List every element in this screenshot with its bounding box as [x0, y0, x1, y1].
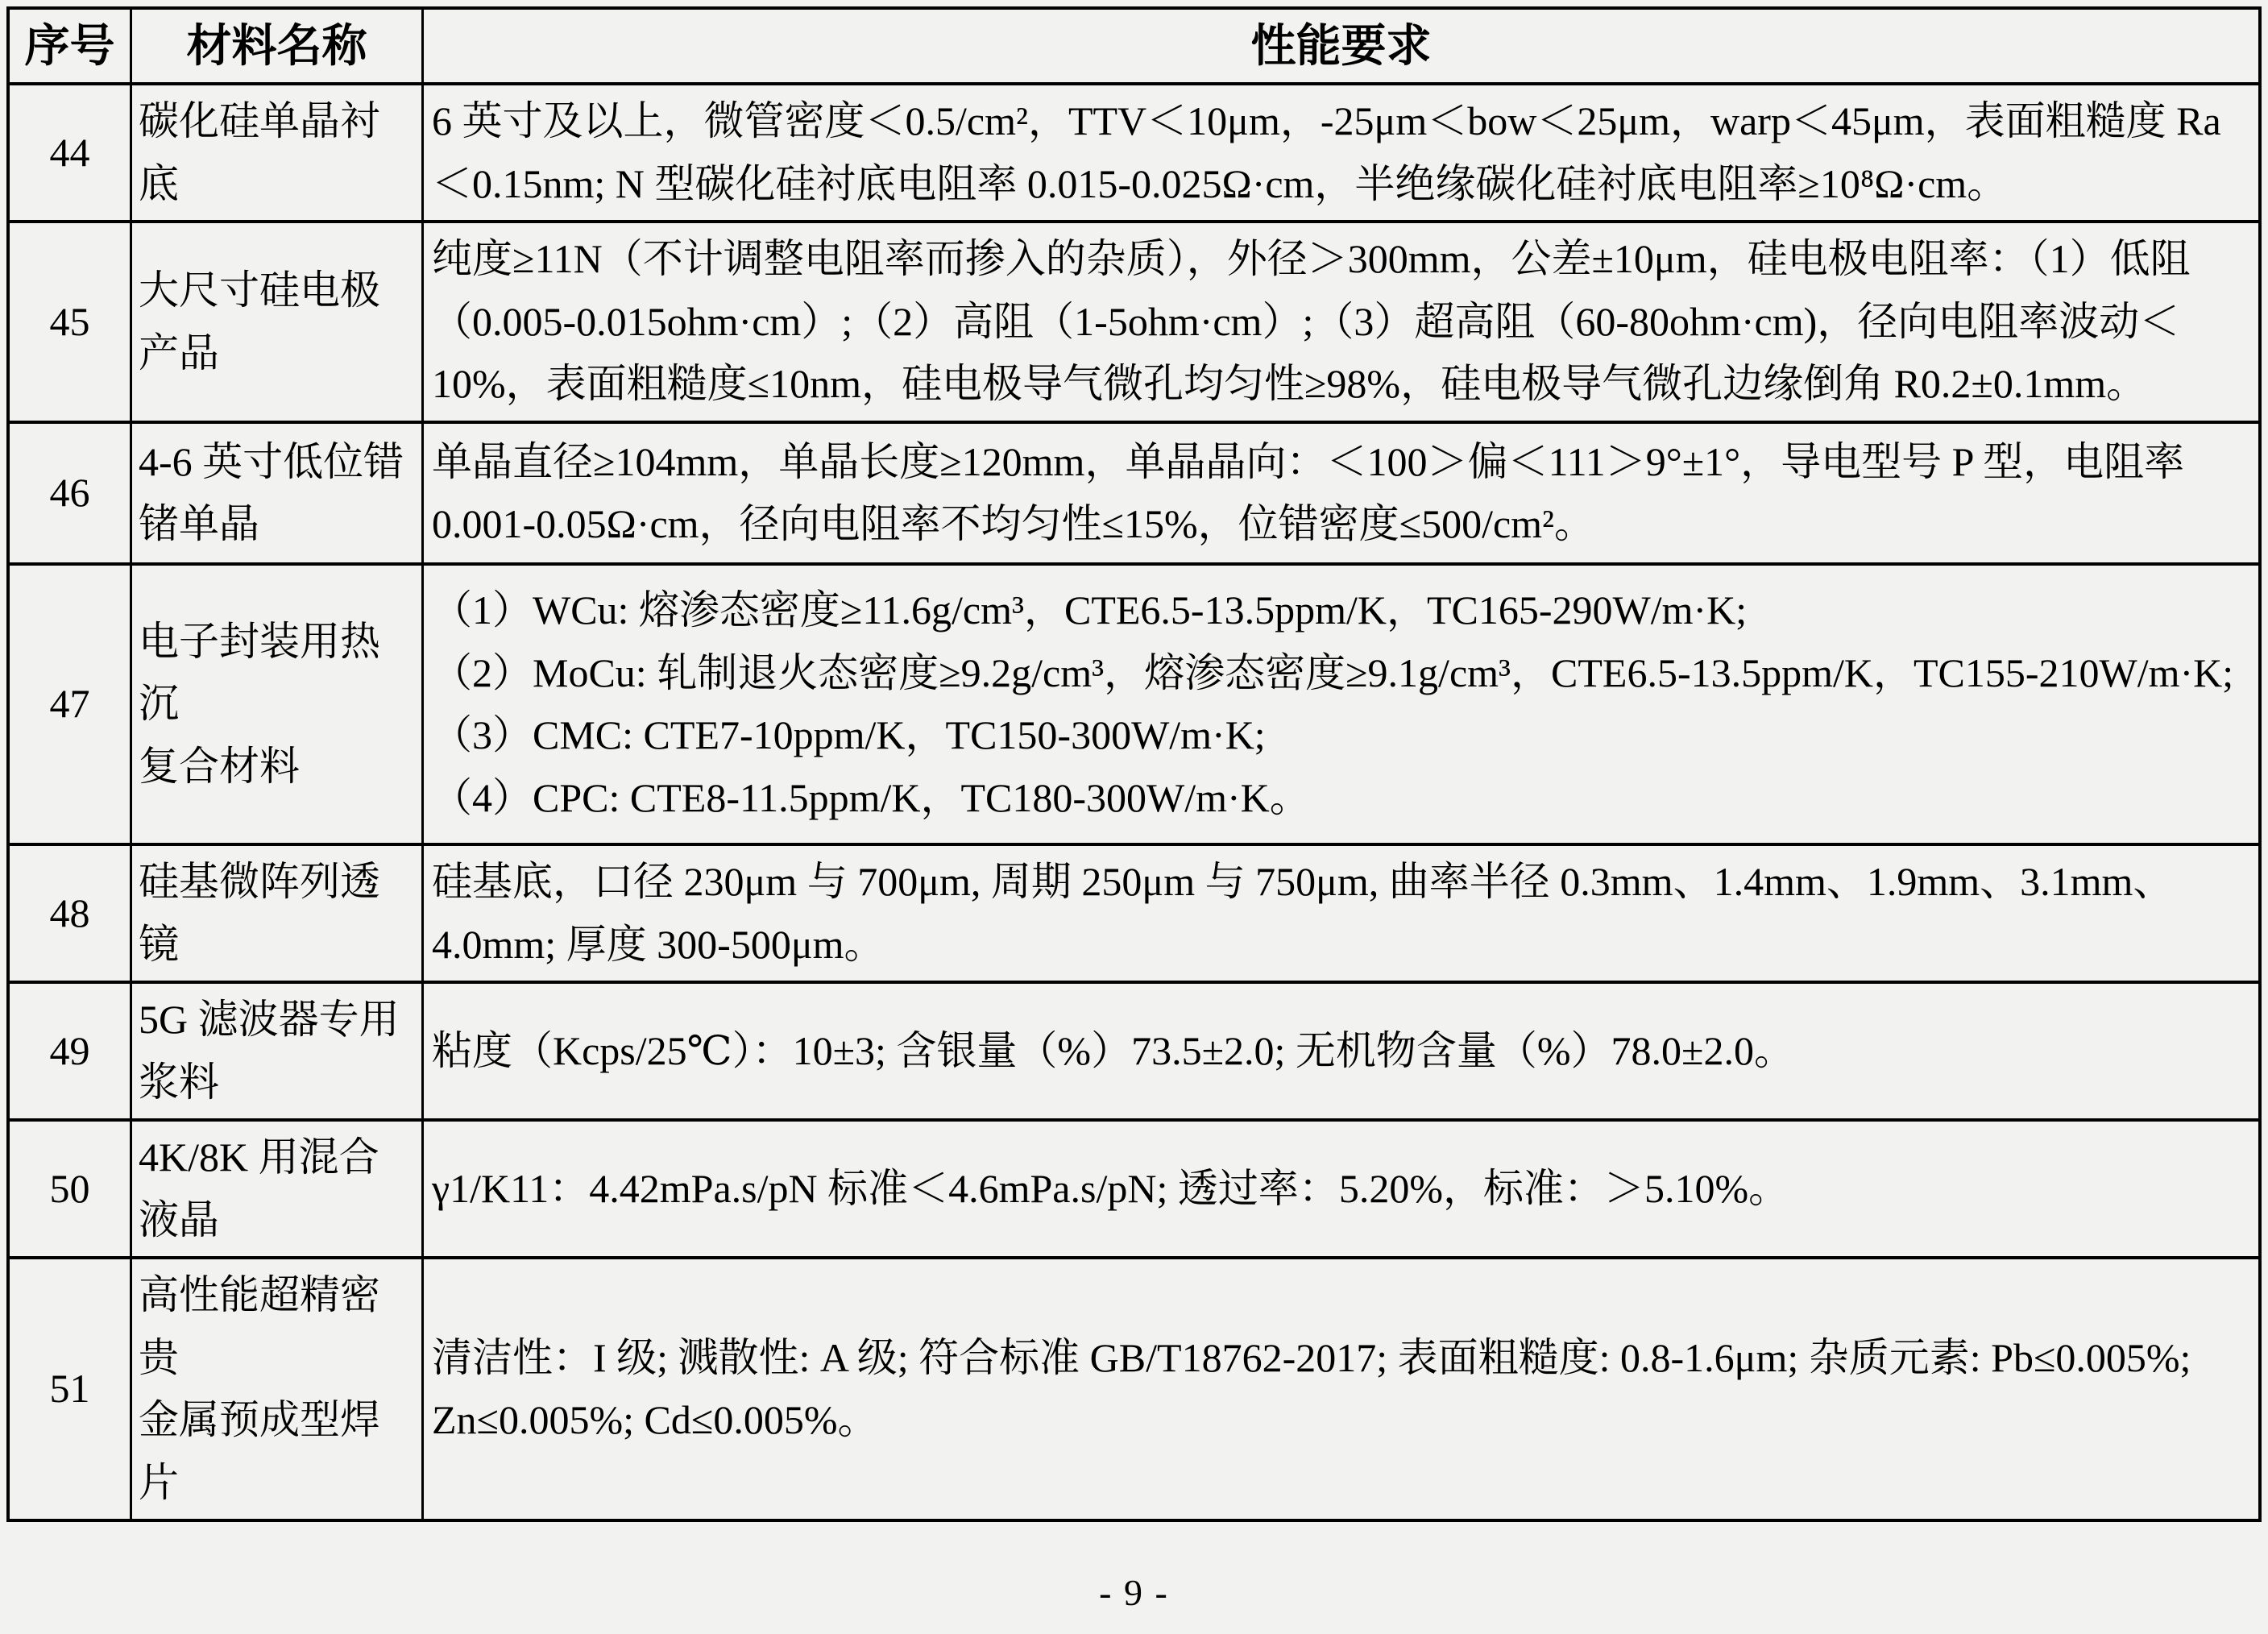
serial-number: 51 — [50, 1358, 90, 1420]
header-performance-label: 性能要求 — [1251, 19, 1432, 73]
material-name-cell: 碳化硅单晶衬底 — [132, 85, 424, 220]
material-name: 电子封装用热沉 复合材料 — [139, 611, 418, 798]
table-row-48: 48 硅基微阵列透镜 硅基底，口径 230μm 与 700μm, 周期 250μ… — [10, 846, 2258, 984]
serial-number: 48 — [50, 882, 90, 945]
material-name: 4-6 英寸低位错 锗单晶 — [139, 431, 404, 556]
material-name: 4K/8K 用混合 液晶 — [139, 1126, 379, 1251]
table-row-47: 47 电子封装用热沉 复合材料 （1）WCu: 熔渗态密度≥11.6g/cm³，… — [10, 566, 2258, 846]
performance-cell: 清洁性：I 级; 溅散性: A 级; 符合标准 GB/T18762-2017; … — [424, 1259, 2258, 1519]
performance-cell: 纯度≥11N（不计调整电阻率而掺入的杂质），外径＞300mm，公差±10μm，硅… — [424, 223, 2258, 421]
serial-cell: 51 — [10, 1259, 132, 1519]
table-row-49: 49 5G 滤波器专用 浆料 粘度（Kcps/25℃）：10±3; 含银量（%）… — [10, 984, 2258, 1122]
serial-cell: 47 — [10, 566, 132, 843]
serial-cell: 44 — [10, 85, 132, 220]
header-material-cell: 材料名称 — [132, 10, 424, 82]
table-row-51: 51 高性能超精密贵 金属预成型焊片 清洁性：I 级; 溅散性: A 级; 符合… — [10, 1259, 2258, 1519]
serial-number: 45 — [50, 291, 90, 354]
material-name-cell: 4K/8K 用混合 液晶 — [132, 1122, 424, 1256]
performance-text: 纯度≥11N（不计调整电阻率而掺入的杂质），外径＞300mm，公差±10μm，硅… — [432, 228, 2250, 416]
performance-cell: （1）WCu: 熔渗态密度≥11.6g/cm³，CTE6.5-13.5ppm/K… — [424, 566, 2258, 843]
material-name: 硅基微阵列透镜 — [139, 851, 418, 976]
page-number: - 9 - — [0, 1571, 2268, 1614]
header-material-label: 材料名称 — [187, 19, 367, 73]
performance-cell: 粘度（Kcps/25℃）：10±3; 含银量（%）73.5±2.0; 无机物含量… — [424, 984, 2258, 1118]
material-name-cell: 电子封装用热沉 复合材料 — [132, 566, 424, 843]
performance-text: γ1/K11：4.42mPa.s/pN 标准＜4.6mPa.s/pN; 透过率：… — [432, 1158, 1789, 1221]
material-name-cell: 4-6 英寸低位错 锗单晶 — [132, 424, 424, 562]
performance-text: 6 英寸及以上，微管密度＜0.5/cm²，TTV＜10μm，-25μm＜bow＜… — [432, 90, 2250, 215]
serial-number: 44 — [50, 122, 90, 185]
serial-number: 49 — [50, 1020, 90, 1083]
header-serial-cell: 序号 — [10, 10, 132, 82]
material-name: 高性能超精密贵 金属预成型焊片 — [139, 1264, 418, 1514]
header-serial-label: 序号 — [25, 19, 115, 73]
table-row-50: 50 4K/8K 用混合 液晶 γ1/K11：4.42mPa.s/pN 标准＜4… — [10, 1122, 2258, 1259]
materials-table: 序号 材料名称 性能要求 44 碳化硅单晶衬底 6 英寸及以上，微管密度＜0.5… — [6, 6, 2262, 1522]
serial-cell: 46 — [10, 424, 132, 562]
table-row-45: 45 大尺寸硅电极 产品 纯度≥11N（不计调整电阻率而掺入的杂质），外径＞30… — [10, 223, 2258, 424]
performance-text: 粘度（Kcps/25℃）：10±3; 含银量（%）73.5±2.0; 无机物含量… — [432, 1020, 1794, 1083]
material-name: 碳化硅单晶衬底 — [139, 90, 418, 215]
serial-number: 46 — [50, 462, 90, 525]
performance-cell: γ1/K11：4.42mPa.s/pN 标准＜4.6mPa.s/pN; 透过率：… — [424, 1122, 2258, 1256]
performance-cell: 单晶直径≥104mm，单晶长度≥120mm，单晶晶向：＜100＞偏＜111＞9°… — [424, 424, 2258, 562]
table-row-44: 44 碳化硅单晶衬底 6 英寸及以上，微管密度＜0.5/cm²，TTV＜10μm… — [10, 85, 2258, 223]
material-name: 大尺寸硅电极 产品 — [139, 259, 380, 384]
serial-number: 50 — [50, 1158, 90, 1221]
performance-text: （1）WCu: 熔渗态密度≥11.6g/cm³，CTE6.5-13.5ppm/K… — [432, 579, 2233, 829]
material-name-cell: 大尺寸硅电极 产品 — [132, 223, 424, 421]
serial-cell: 50 — [10, 1122, 132, 1256]
performance-text: 单晶直径≥104mm，单晶长度≥120mm，单晶晶向：＜100＞偏＜111＞9°… — [432, 431, 2250, 556]
serial-number: 47 — [50, 673, 90, 736]
material-name-cell: 硅基微阵列透镜 — [132, 846, 424, 981]
table-header-row: 序号 材料名称 性能要求 — [10, 10, 2258, 85]
performance-cell: 6 英寸及以上，微管密度＜0.5/cm²，TTV＜10μm，-25μm＜bow＜… — [424, 85, 2258, 220]
material-name-cell: 5G 滤波器专用 浆料 — [132, 984, 424, 1118]
performance-text: 硅基底，口径 230μm 与 700μm, 周期 250μm 与 750μm, … — [432, 851, 2250, 976]
document-page: 序号 材料名称 性能要求 44 碳化硅单晶衬底 6 英寸及以上，微管密度＜0.5… — [0, 0, 2268, 1634]
performance-cell: 硅基底，口径 230μm 与 700μm, 周期 250μm 与 750μm, … — [424, 846, 2258, 981]
serial-cell: 49 — [10, 984, 132, 1118]
performance-text: 清洁性：I 级; 溅散性: A 级; 符合标准 GB/T18762-2017; … — [432, 1327, 2250, 1452]
serial-cell: 45 — [10, 223, 132, 421]
material-name-cell: 高性能超精密贵 金属预成型焊片 — [132, 1259, 424, 1519]
serial-cell: 48 — [10, 846, 132, 981]
header-performance-cell: 性能要求 — [424, 10, 2258, 82]
table-row-46: 46 4-6 英寸低位错 锗单晶 单晶直径≥104mm，单晶长度≥120mm，单… — [10, 424, 2258, 566]
material-name: 5G 滤波器专用 浆料 — [139, 989, 400, 1114]
